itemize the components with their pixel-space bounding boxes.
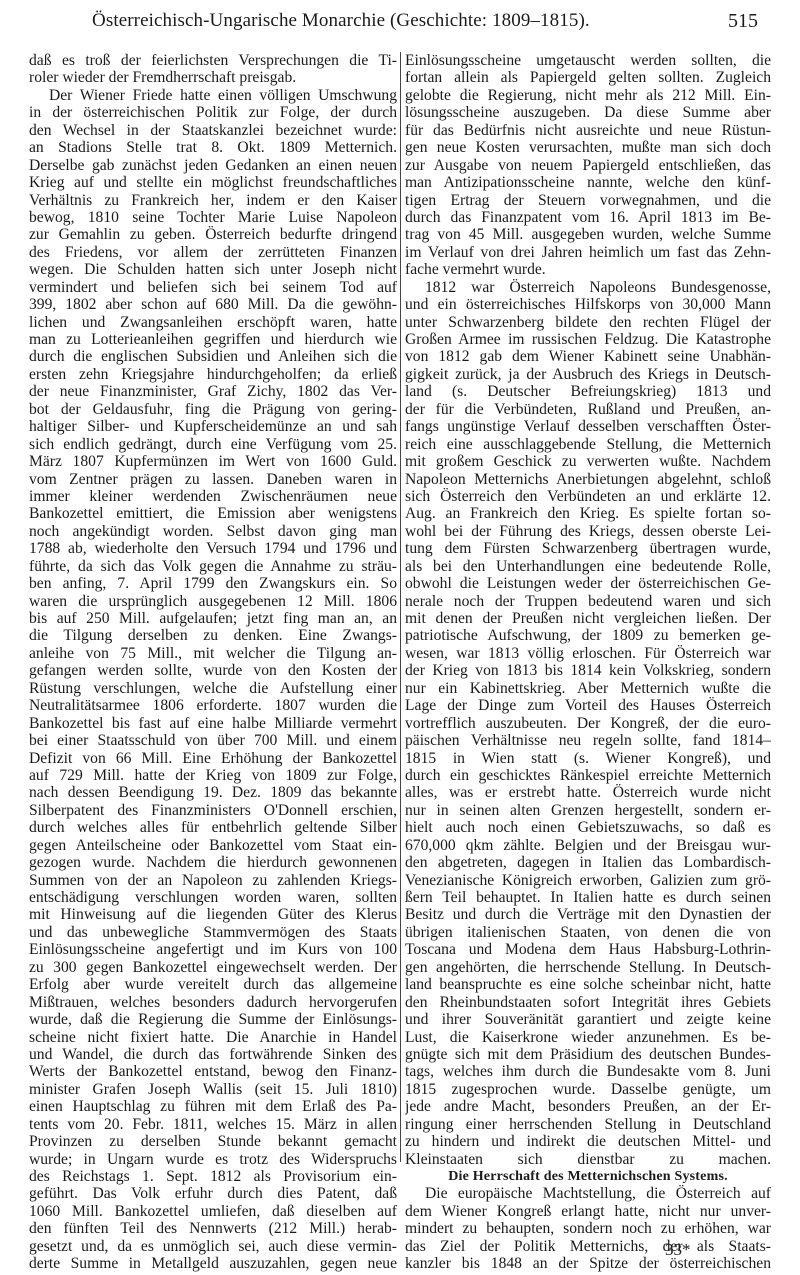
text-line: nur in seinen alten Grenzen hergestellt,…: [405, 802, 771, 819]
text-line: tung dem Fürsten Schwarzenberg übertrage…: [405, 540, 771, 557]
text-line: gefangen werden sollte, wurde von den Ko…: [29, 662, 397, 679]
text-line: gegen Anteilscheine oder Bankozettel vom…: [29, 837, 397, 854]
text-line: Rüstung verschlungen, welche die Aufstel…: [29, 680, 397, 697]
text-line: Defizit von 66 Mill. Eine Erhöhung der B…: [29, 750, 397, 767]
text-line: an Stadions Stelle trat 8. Okt. 1809 Met…: [29, 139, 397, 156]
text-line: obwohl die Leistungen weder der österrei…: [405, 575, 771, 592]
text-line: gigkeit zurück, ja der Ausbruch des Krie…: [405, 366, 771, 383]
text-line: einen Hauptschlag zu führen mit dem Erla…: [29, 1098, 397, 1115]
text-line: Kleinstaaten sich dienstbar zu machen.: [405, 1151, 771, 1168]
text-line: immer kleiner werdenden Zwischenräumen n…: [29, 488, 397, 505]
text-line: gen angehörten, die herrschende Stellung…: [405, 959, 771, 976]
text-line: Mißtrauen, welches besonders dadurch her…: [29, 994, 397, 1011]
text-line: den abgetreten, dagegen in Italien das L…: [405, 854, 771, 871]
text-line: Besitz und durch die Verträge mit den Dy…: [405, 906, 771, 923]
text-line: wegen. Die Schulden hatten sich unter Jo…: [29, 261, 397, 278]
text-line: die Tilgung derselben zu denken. Eine Zw…: [29, 627, 397, 644]
text-line: durch die englischen Subsidien und Anlei…: [29, 348, 397, 365]
text-line: patriotische Aufschwung, der 1809 zu bem…: [405, 627, 771, 644]
text-line: hielt auch noch einen Gebietszuwachs, so…: [405, 819, 771, 836]
text-line: März 1807 Kupfermünzen im Wert von 1600 …: [29, 453, 397, 470]
text-line: alles, was er erstrebt hatte. Österreich…: [405, 784, 771, 801]
text-line: der Krieg von 1813 bis 1814 kein Volkskr…: [405, 662, 771, 679]
text-line: man zu Lotterieanleihen gegriffen und hi…: [29, 331, 397, 348]
text-line: Provinzen zu derselben Stunde bekannt ge…: [29, 1133, 397, 1150]
text-line: gesetzt und, da es unmöglich sei, auch d…: [29, 1238, 397, 1255]
text-line: übrigen italienischen Staaten, von denen…: [405, 924, 771, 941]
text-line: minister Grafen Joseph Wallis (seit 15. …: [29, 1081, 397, 1098]
text-line: lösungsscheine auszugeben. Da diese Summ…: [405, 104, 771, 121]
text-line: ersten zehn Kriegsjahre hindurchgeholfen…: [29, 366, 397, 383]
text-line: Aug. an Frankreich den Krieg. Es spielte…: [405, 505, 771, 522]
text-line: jede andre Macht, besonders Preußen, an …: [405, 1098, 771, 1115]
text-line: gezogen wurde. Nachdem die hierdurch gew…: [29, 854, 397, 871]
text-line: Derselbe gab zunächst jeden Gedanken an …: [29, 157, 397, 174]
text-line: und ein österreichisches Hilfskorps von …: [405, 296, 771, 313]
text-line: 1812 war Österreich Napoleons Bundesgeno…: [405, 279, 771, 296]
text-line: päischen Verhältnisse neu regeln sollte,…: [405, 732, 771, 749]
text-line: land beanspruchte es eine solche scheinb…: [405, 976, 771, 993]
text-line: haltiger Silber- und Kupferscheidemünze …: [29, 418, 397, 435]
text-line: durch das Finanzpatent vom 16. April 181…: [405, 209, 771, 226]
text-line: Bankozettel bis fast auf eine halbe Mill…: [29, 715, 397, 732]
text-line: den fünften Teil des Nennwerts (212 Mill…: [29, 1220, 397, 1237]
text-line: man Antizipationsscheine nannte, welche …: [405, 174, 771, 191]
text-line: Venezianische Königreich erworben, Galiz…: [405, 872, 771, 889]
text-line: wesen, war 1813 völlig erloschen. Für Ös…: [405, 645, 771, 662]
text-line: vom Zentner prägen zu lassen. Daneben wa…: [29, 471, 397, 488]
left-column: daß es troß der feierlichsten Versprechu…: [29, 52, 397, 1273]
text-line: 1815 zugesprochen wurde. Dasselbe genügt…: [405, 1081, 771, 1098]
text-line: trag von 45 Mill. ausgegeben wurden, wel…: [405, 226, 771, 243]
text-line: ben anfing, 7. April 1799 den Zwangskurs…: [29, 575, 397, 592]
signature-mark: 33*: [665, 1240, 691, 1260]
right-column: Einlösungsscheine umgetauscht werden sol…: [405, 52, 771, 1273]
text-line: Einlösungsscheine angefertigt und im Kur…: [29, 941, 397, 958]
text-line: noch angekündigt worden. Selbst davon gi…: [29, 523, 397, 540]
text-line: tags, welches ihm durch die Bundesakte v…: [405, 1063, 771, 1080]
text-line: Die europäische Machtstellung, die Öster…: [405, 1185, 771, 1202]
text-line: sich Österreich den Verbündeten an und e…: [405, 488, 771, 505]
text-line: zur Gemahlin zu geben. Österreich bedurf…: [29, 226, 397, 243]
text-line: scheine nicht fixiert hatte. Die Anarchi…: [29, 1029, 397, 1046]
text-line: gelobte die Regierung, nicht mehr als 21…: [405, 87, 771, 104]
text-line: reich eine ausschlaggebende Stellung, di…: [405, 436, 771, 453]
page-number: 515: [728, 10, 758, 33]
text-line: 1060 Mill. Bankozettel umliefen, daß die…: [29, 1203, 397, 1220]
text-line: des Friedens, vor allem der zerrütteten …: [29, 244, 397, 261]
text-line: Silberpatent des Finanzministers O'Donne…: [29, 802, 397, 819]
text-line: land (s. Deutscher Befreiungskrieg) 1813…: [405, 383, 771, 400]
text-line: Lust, die Kaiserkrone wieder anzunehmen.…: [405, 1029, 771, 1046]
text-line: nur ein Kabinettskrieg. Aber Metternich …: [405, 680, 771, 697]
text-line: als bei den Unterhandlungen eine bedeute…: [405, 558, 771, 575]
text-line: wohl bei der Führung des Kriegs, dessen …: [405, 523, 771, 540]
text-line: vermindert und beliefen sich bei seinem …: [29, 279, 397, 296]
text-line: Großen Armee im russischen Feldzug. Die …: [405, 331, 771, 348]
text-line: gen neue Kosten verursachten, mußte man …: [405, 139, 771, 156]
text-line: Lage der Dinge zum Vorteil des Hauses Ös…: [405, 697, 771, 714]
text-line: mindert zu behaupten, sondern noch zu er…: [405, 1220, 771, 1237]
text-line: durch ein geschicktes Ränkespiel erreich…: [405, 767, 771, 784]
text-line: gnügte sich mit dem Präsidium des deutsc…: [405, 1046, 771, 1063]
text-line: entschädigung verschlungen worden waren,…: [29, 889, 397, 906]
text-line: in der österreichischen Politik zur Folg…: [29, 104, 397, 121]
text-line: vortrefflich auszubeuten. Der Kongreß, d…: [405, 715, 771, 732]
text-line: Einlösungsscheine umgetauscht werden sol…: [405, 52, 771, 69]
text-line: kanzler bis 1848 an der Spitze der öster…: [405, 1255, 771, 1272]
text-line: und das unbewegliche Stammvermögen des S…: [29, 924, 397, 941]
text-line: 670,000 qkm zählte. Belgien und der Brei…: [405, 837, 771, 854]
text-line: sich endlich gedrängt, durch eine Verfüg…: [29, 436, 397, 453]
text-line: zu hindern und indirekt die deutschen Mi…: [405, 1133, 771, 1150]
text-line: für das Bedürfnis nicht ausreichte und n…: [405, 122, 771, 139]
text-line: zur Ausgabe von neuem Papiergeld entschl…: [405, 157, 771, 174]
text-line: bewog, 1810 seine Tochter Marie Luise Na…: [29, 209, 397, 226]
text-line: Krieg auf und stellte ein möglichst freu…: [29, 174, 397, 191]
text-line: fangs ungünstige Verlauf desselben versc…: [405, 418, 771, 435]
text-line: Der Wiener Friede hatte einen völligen U…: [29, 87, 397, 104]
text-line: den Rheinbundstaaten sofort Integrität i…: [405, 994, 771, 1011]
text-line: 1788 ab, wiederholte den Versuch 1794 un…: [29, 540, 397, 557]
text-line: dem Wiener Kongreß erlangt hatte, nicht …: [405, 1203, 771, 1220]
text-line: wurde, daß die Regierung die Summe der E…: [29, 1011, 397, 1028]
text-line: waren die ursprünglich ausgegebenen 12 M…: [29, 593, 397, 610]
text-line: fortan allein als Papiergeld gelten soll…: [405, 69, 771, 86]
text-line: roler wieder der Fremdherrschaft preisga…: [29, 69, 397, 86]
text-line: lichen und Zwangsanleihen erschöpft ware…: [29, 314, 397, 331]
text-line: nach dessen Beendigung 19. Dez. 1809 das…: [29, 784, 397, 801]
text-line: bei einer Staatsschuld von über 700 Mill…: [29, 732, 397, 749]
text-line: ringung einer herrschenden Stellung in D…: [405, 1116, 771, 1133]
text-line: zu 300 gegen Bankozettel eingewechselt w…: [29, 959, 397, 976]
text-line: von 1812 gab dem Wiener Kabinett seine U…: [405, 348, 771, 365]
text-line: bis auf 250 Mill. aufgelaufen; jetzt fin…: [29, 610, 397, 627]
text-line: 399, 1802 aber schon auf 680 Mill. Da di…: [29, 296, 397, 313]
text-line: geführt. Das Volk erfuhr durch dies Pate…: [29, 1185, 397, 1202]
text-line: der neue Finanzminister, Graf Zichy, 180…: [29, 383, 397, 400]
text-line: führte, da sich das Volk gegen die Annah…: [29, 558, 397, 575]
running-title: Österreichisch-Ungarische Monarchie (Ges…: [92, 10, 590, 32]
text-line: daß es troß der feierlichsten Versprechu…: [29, 52, 397, 69]
text-line: Napoleon Metternichs Anerbietungen abgel…: [405, 471, 771, 488]
text-line: durch welches alles für entbehrlich gelt…: [29, 819, 397, 836]
text-line: mit denen der Preußen nicht vergleichen …: [405, 610, 771, 627]
text-line: unter Schwarzenberg bildete den rechten …: [405, 314, 771, 331]
text-line: der für die Verbündeten, Rußland und Pre…: [405, 401, 771, 418]
text-line: derte Summe in Metallgeld auszuzahlen, g…: [29, 1255, 397, 1272]
text-line: auf 729 Mill. hatte der Krieg von 1809 z…: [29, 767, 397, 784]
text-line: im Verlauf von drei Jahren heimlich um f…: [405, 244, 771, 261]
text-line: tents vom 20. Febr. 1811, welches 15. Mä…: [29, 1116, 397, 1133]
column-divider: [400, 52, 401, 1162]
text-line: Toscana und Modena dem Haus Habsburg-Lot…: [405, 941, 771, 958]
text-line: das Ziel der Politik Metternichs, der al…: [405, 1238, 771, 1255]
text-line: Verhältnis zu Frankreich her, indem er d…: [29, 192, 397, 209]
text-line: Bankozettel emittiert, die Emission aber…: [29, 505, 397, 522]
text-line: Summen von der an Napoleon zu zahlenden …: [29, 872, 397, 889]
text-line: bot der Geldausfuhr, fing die Prägung vo…: [29, 401, 397, 418]
text-line: mit Hinweisung auf die liegenden Güter d…: [29, 906, 397, 923]
text-line: den Wechsel in der Staatskanzlei bezeich…: [29, 122, 397, 139]
section-subheading: Die Herrschaft des Metternichschen Syste…: [405, 1168, 771, 1185]
text-line: mit großem Geschick zu verwerten wußte. …: [405, 453, 771, 470]
text-line: 1815 in Wien statt (s. Wiener Kongreß), …: [405, 750, 771, 767]
text-line: ßern Teil behauptet. In Italien hatte es…: [405, 889, 771, 906]
text-line: und Wandel, die durch das fortwährende S…: [29, 1046, 397, 1063]
text-line: des Reichstags 1. Sept. 1812 als Proviso…: [29, 1168, 397, 1185]
text-line: fache vermehrt wurde.: [405, 261, 771, 278]
text-line: anleihe von 75 Mill., mit welcher die Ti…: [29, 645, 397, 662]
text-line: nerale noch der Truppen bedeutend waren …: [405, 593, 771, 610]
text-line: Erfolg aber wurde vereitelt durch das al…: [29, 976, 397, 993]
page-header: Österreichisch-Ungarische Monarchie (Ges…: [0, 0, 800, 44]
text-line: wurde; in Ungarn wurde es trotz des Wide…: [29, 1151, 397, 1168]
text-line: und ihrer Souveränität garantiert und ze…: [405, 1011, 771, 1028]
text-line: tigen Ertrag der Steuern vorwegnahmen, u…: [405, 192, 771, 209]
text-line: Neutralitätsarmee 1806 erforderte. 1807 …: [29, 697, 397, 714]
text-line: Werts der Bankozettel entstand, bewog de…: [29, 1063, 397, 1080]
